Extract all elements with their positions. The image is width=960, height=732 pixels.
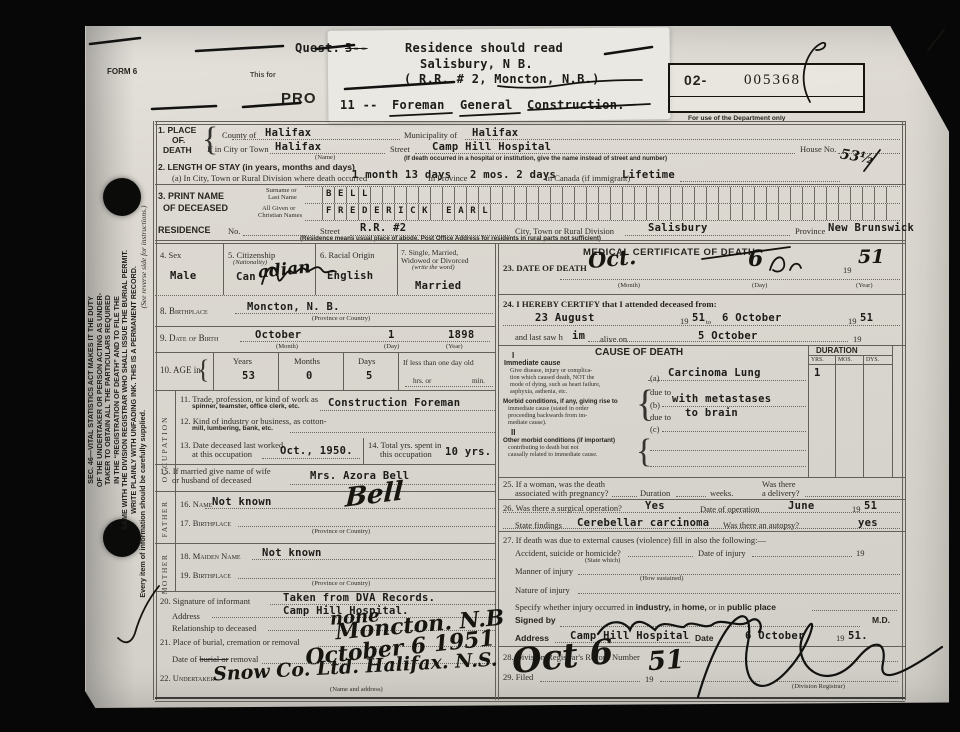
- residence-province-value: New Brunswick: [828, 223, 914, 234]
- sex-label: 4. Sex: [160, 251, 181, 260]
- date-of-death-label: 23. DATE OF DEATH: [503, 264, 587, 273]
- cause-a-duration: 1: [814, 368, 821, 379]
- s1-title-2: OF.: [172, 136, 185, 145]
- every-item-note: Every item of information should be care…: [139, 354, 147, 654]
- note-line4-construction: Construction.: [527, 99, 625, 112]
- birthplace-label: 8. Birthplace: [160, 307, 208, 316]
- cause-b-value: with metastases: [672, 394, 771, 405]
- age-years-value: 53: [242, 371, 255, 382]
- residence-label: RESIDENCE: [158, 226, 211, 235]
- form-number: FORM 6: [107, 68, 137, 76]
- s3-title-1: 3. PRINT NAME: [158, 192, 224, 201]
- s2c-label: In Canada (if immigrant): [545, 174, 630, 183]
- dob-label: 9. Date of Birth: [160, 334, 218, 343]
- racial-origin-value: English: [327, 271, 373, 282]
- county-value: Halifax: [265, 128, 311, 139]
- how-sustained-note: (How sustained): [640, 576, 683, 583]
- duration-dys: DYS.: [866, 357, 879, 363]
- immediate-desc-4: asphyxia, asthenia, etc.: [510, 389, 567, 396]
- dob-month-note: (Month): [276, 344, 298, 351]
- cause-a-value: Carcinoma Lung: [668, 368, 761, 379]
- death-year-note: (Year): [856, 283, 873, 290]
- informant-label: 20. Signature of informant: [160, 597, 250, 606]
- dob-day-note: (Day): [384, 344, 399, 351]
- death-year-pre: 19: [843, 266, 852, 275]
- undertaker-label: 22. Undertaker: [160, 674, 214, 683]
- residence-city-value: Salisbury: [648, 223, 708, 234]
- s1-title-1: 1. PLACE: [158, 126, 196, 135]
- mother-maiden-value: Not known: [262, 548, 322, 559]
- dob-day: 1: [388, 330, 395, 341]
- nature-label: Nature of injury: [515, 586, 570, 595]
- death-month-handwritten: Oct.: [587, 246, 637, 272]
- certify-label: 24. I HEREBY CERTIFY that I attended dec…: [503, 300, 717, 309]
- morbid-desc-4: mediate cause).: [508, 420, 546, 427]
- signed-date-value: 6 October: [745, 631, 805, 642]
- father-name-value: Not known: [212, 497, 272, 508]
- filed-year-handwritten: 51: [647, 647, 685, 677]
- note-line4-foreman: Foreman: [392, 99, 445, 112]
- other-desc-3: causally related to immediate cause.: [508, 452, 598, 459]
- note-line4-general: General: [460, 99, 513, 112]
- burial-place-label: 21. Place of burial, cremation or remova…: [160, 638, 300, 647]
- given-sub2: Christian Names: [258, 213, 302, 220]
- pen-tick-corner: [928, 30, 944, 50]
- father-birthplace-label: 17. Birthplace: [180, 519, 231, 528]
- operation-date-value: June: [788, 501, 815, 512]
- specify-line: Specify whether injury occurred in indus…: [515, 603, 776, 612]
- last-saw-fill: im: [572, 331, 585, 342]
- duration-mos: MOS.: [838, 357, 852, 363]
- s26-value: Yes: [645, 501, 665, 512]
- age-days-value: 5: [366, 371, 373, 382]
- signed-date-pre: 19: [836, 634, 845, 643]
- age-months-label: Months: [294, 357, 320, 366]
- last-saw-pre: 19: [853, 335, 862, 344]
- age-less-label: If less than one day old: [403, 359, 474, 367]
- mother-group-label: MOTHER: [161, 548, 169, 600]
- father-birthplace-note: (Province or Country): [312, 529, 370, 536]
- s3-title-2: OF DECEASED: [163, 204, 228, 213]
- dob-year-note: (Year): [446, 344, 463, 351]
- last-saw-label: and last saw h: [515, 333, 563, 342]
- municipality-value: Halifax: [472, 128, 518, 139]
- registration-number-box: 02- 005368: [668, 63, 865, 113]
- signed-date-label: Date: [695, 634, 713, 643]
- age-label: 10. AGE in: [160, 366, 201, 375]
- municipality-label: Municipality of: [404, 131, 457, 140]
- s2a-label: (a) In City, Town or Rural Division wher…: [172, 174, 367, 183]
- city-name-note: (Name): [315, 155, 335, 162]
- note-struck: 3--: [345, 42, 368, 55]
- death-day-note: (Day): [752, 283, 767, 290]
- signed-date-year: 51.: [848, 631, 868, 642]
- residence-province-label: Province: [795, 227, 825, 236]
- registration-number: 005368: [744, 73, 801, 89]
- age-brace: {: [197, 356, 209, 383]
- surname-letter-grid: [322, 187, 898, 203]
- injury-date-label: Date of injury: [698, 549, 746, 558]
- note-line2: Salisbury, N B.: [420, 58, 533, 71]
- margin-statute-text: SEC. 46—VITAL STATISTICS ACT MAKES IT TH…: [87, 130, 139, 650]
- s14-value: 10 yrs.: [445, 447, 491, 458]
- cause-b2-value: to brain: [685, 408, 738, 419]
- father-group-label: FATHER: [161, 491, 169, 547]
- mother-birthplace-label: 19. Birthplace: [180, 571, 231, 580]
- birthplace-value: Moncton, N. B.: [247, 302, 340, 313]
- division-registrar-note: (Division Registrar): [792, 684, 845, 691]
- mother-maiden-label: 18. Maiden Name: [180, 552, 241, 561]
- s1-title-3: DEATH: [163, 146, 192, 155]
- s25-weeks-label: weeks.: [710, 489, 733, 498]
- other-brace: {: [636, 434, 652, 470]
- city-label: If in City or Town: [207, 145, 269, 154]
- pro-stamp: PRO: [281, 91, 317, 107]
- s2b-label: In Province: [428, 174, 467, 183]
- age-months-value: 0: [306, 371, 313, 382]
- this-for-label: This for: [250, 72, 276, 79]
- street-note: (If death occurred in a hospital or inst…: [404, 156, 667, 163]
- duration-yrs: YRS.: [811, 357, 824, 363]
- s13-label-2: at this occupation: [192, 450, 252, 459]
- manner-label: Manner of injury: [515, 567, 573, 576]
- cause-title: CAUSE OF DEATH: [595, 348, 683, 359]
- state-which-note: (State which): [585, 558, 620, 565]
- undertaker-note: (Name and address): [330, 687, 383, 694]
- age-min-label: min.: [472, 378, 485, 386]
- marital-value: Married: [415, 281, 461, 292]
- s2-title: 2. LENGTH OF STAY (in years, months and …: [158, 163, 355, 172]
- marital-sub: (write the word): [412, 265, 455, 272]
- alive-on-label: alive on: [600, 335, 627, 344]
- death-year-handwritten: 51: [858, 248, 884, 268]
- s15-label-2: or husband of deceased: [172, 476, 252, 485]
- s27-label: 27. If death was due to external causes …: [503, 536, 766, 545]
- informant-address-label: Address: [172, 612, 200, 621]
- s13-value: Oct., 1950.: [280, 446, 353, 457]
- md-label: M.D.: [872, 616, 890, 625]
- s11-value: Construction Foreman: [328, 398, 460, 409]
- scanned-death-certificate: SEC. 46—VITAL STATISTICS ACT MAKES IT TH…: [0, 0, 960, 732]
- house-no-label: House No.: [800, 145, 836, 154]
- city-value: Halifax: [275, 142, 321, 153]
- given-names-value: FREDERICK EARL: [326, 207, 494, 216]
- s2c-value: Lifetime: [622, 170, 675, 181]
- cause-a-label: (a): [650, 374, 659, 383]
- s25-delivery: a delivery?: [762, 489, 800, 498]
- sex-value: Male: [170, 271, 197, 282]
- s2b-value: 2 mos. 2 days: [470, 170, 556, 181]
- relationship-label: Relationship to deceased: [172, 624, 257, 633]
- age-days-label: Days: [358, 357, 375, 366]
- s29-label: 29. Filed: [503, 673, 533, 682]
- death-day-handwritten: 6: [748, 248, 763, 271]
- s11-label-2: spinner, teamster, office clerk, etc.: [192, 404, 300, 411]
- injury-date-pre: 19: [856, 549, 865, 558]
- street-label: Street: [390, 145, 410, 154]
- note-line3: ( R.R. # 2, Moncton, N.B.): [404, 73, 600, 86]
- s25-duration-label: Duration: [640, 489, 670, 498]
- s29-pre: 19: [645, 675, 654, 684]
- death-month-note: (Month): [618, 283, 640, 290]
- s12-label-2: mill, lumbering, bank, etc.: [192, 426, 273, 433]
- racial-origin-label: 6. Racial Origin: [320, 251, 375, 260]
- dob-month: October: [255, 330, 301, 341]
- cause-b-label: (b): [650, 401, 660, 410]
- attended-to-year: 51: [860, 313, 873, 324]
- attended-to: 6 October: [722, 313, 782, 324]
- note-line4-num: 11 --: [340, 99, 378, 112]
- attended-from: 23 August: [535, 313, 595, 324]
- citizenship-typed: Can: [236, 272, 256, 283]
- residence-street-value: R.R. #2: [360, 223, 406, 234]
- note-line1: Residence should read: [405, 42, 563, 55]
- note-quest: Quest.: [295, 42, 340, 55]
- birthplace-note: (Province or Country): [312, 316, 370, 323]
- street-value: Camp Hill Hospital: [432, 142, 551, 153]
- s25-label-2: associated with pregnancy?: [515, 489, 608, 498]
- attended-from-year: 51: [692, 313, 705, 324]
- residence-no-label: No.: [228, 227, 241, 236]
- surname-value: BELL: [326, 190, 374, 199]
- s14-label-2: this occupation: [380, 450, 432, 459]
- surname-sub2: Last Name: [268, 195, 297, 202]
- burial-date-pre: Date of: [172, 654, 199, 664]
- age-years-label: Years: [233, 357, 252, 366]
- occupation-group-label: OCCUPATION: [161, 394, 169, 504]
- registration-prefix: 02-: [684, 73, 707, 88]
- mother-birthplace-note: (Province or Country): [312, 581, 370, 588]
- dob-year: 1898: [448, 330, 475, 341]
- age-hrs-label: hrs. or: [413, 378, 431, 386]
- informant-value: Taken from DVA Records.: [283, 593, 435, 604]
- signed-by-label: Signed by: [515, 616, 556, 625]
- due-to-2: due to: [650, 413, 671, 422]
- operation-year: 51: [864, 501, 877, 512]
